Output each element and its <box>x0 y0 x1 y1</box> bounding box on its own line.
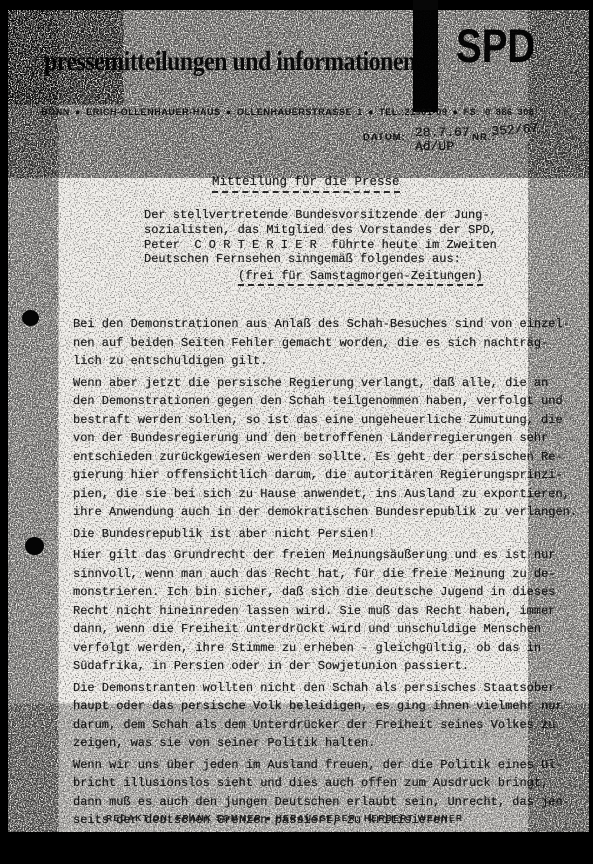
masthead-title: pressemitteilungen und informationen <box>44 46 416 77</box>
footer-imprint: REDAKTION: FRANK SOMMER ● HERAUSGEBER: H… <box>106 813 463 823</box>
nr-value: 352/67 <box>491 121 539 139</box>
paragraph-1: Bei den Demonstrationen aus Anlaß des Sc… <box>73 315 578 371</box>
body-text: Bei den Demonstrationen aus Anlaß des Sc… <box>73 315 578 833</box>
paragraph-2: Wenn aber jetzt die persische Regierung … <box>73 374 578 522</box>
reference-code: Ad/UP <box>415 139 454 154</box>
spd-logo: SPD <box>456 22 535 69</box>
intro-paragraph: Der stellvertretende Bundesvorsitzende d… <box>144 208 497 267</box>
punch-hole-bottom <box>25 537 44 555</box>
embargo-note: (frei für Samstagmorgen-Zeitungen) <box>238 269 483 286</box>
paragraph-5: Die Demonstranten wollten nicht den Scha… <box>73 679 578 753</box>
logo-divider-bar <box>413 0 438 112</box>
paper-sheet: pressemitteilungen und informationen SPD… <box>8 10 589 832</box>
address-line: BONN ● ERICH-OLLENHAUER-HAUS ● OLLENHAUE… <box>41 107 535 117</box>
datum-label: DATUM: <box>363 132 406 143</box>
press-heading: Mitteilung für die Presse <box>212 175 400 193</box>
paragraph-3: Die Bundesrepublik ist aber nicht Persie… <box>73 525 578 544</box>
datum-value: 28.7.67 <box>415 125 470 140</box>
scanned-page: pressemitteilungen und informationen SPD… <box>0 0 593 864</box>
paragraph-4: Hier gilt das Grundrecht der freien Mein… <box>73 546 578 676</box>
punch-hole-top <box>22 310 39 326</box>
